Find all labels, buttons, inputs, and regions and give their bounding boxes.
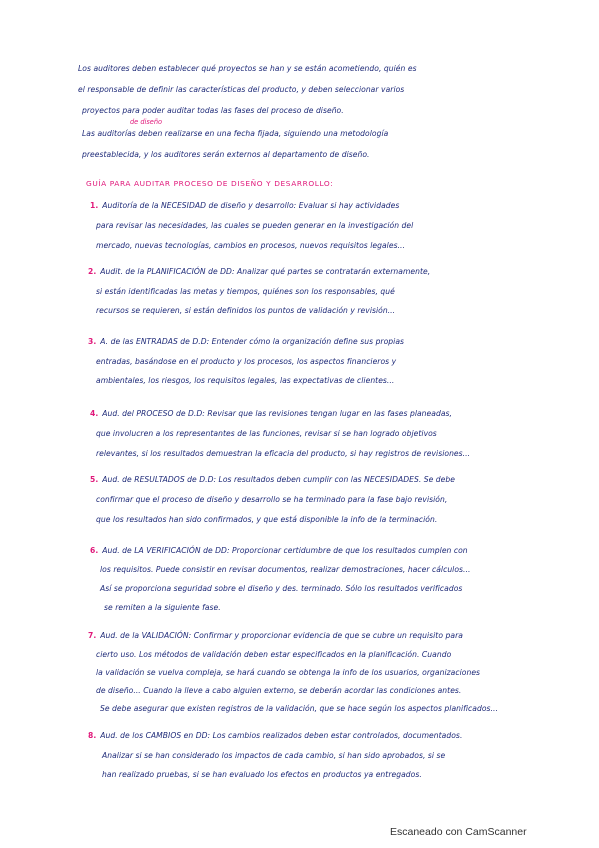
item-1-line-2: para revisar las necesidades, las cuales… [96,221,413,230]
item-4-number: 4. [90,409,98,418]
item-7-line-5: Se debe asegurar que existen registros d… [100,704,498,713]
item-7-line-4: de diseño... Cuando la lleve a cabo algu… [96,686,461,695]
item-7-line-1: 7.Aud. de la VALIDACIÓN: Confirmar y pro… [88,631,463,640]
intro-line-2: el responsable de definir las caracterís… [78,85,404,94]
item-1-line-1: 1.Auditoría de la NECESIDAD de diseño y … [90,201,399,210]
item-5-text-1: Aud. de RESULTADOS de D.D: Los resultado… [102,475,455,484]
item-4-text-1: Aud. del PROCESO de D.D: Revisar que las… [102,409,452,418]
item-2-line-2: si están identificadas las metas y tiemp… [96,287,395,296]
item-7-text-1: Aud. de la VALIDACIÓN: Confirmar y propo… [100,631,463,640]
item-6-line-2: los requisitos. Puede consistir en revis… [100,565,470,574]
intro-line-4: Las auditorías deben realizarse en una f… [82,129,388,138]
item-5-number: 5. [90,475,98,484]
item-2-line-3: recursos se requieren, si están definido… [96,306,395,315]
intro-line-3: proyectos para poder auditar todas las f… [82,106,344,115]
item-6-text-1: Aud. de LA VERIFICACIÓN de DD: Proporcio… [102,546,467,555]
item-3-text-1: A. de las ENTRADAS de D.D: Entender cómo… [100,337,404,346]
item-6-line-4: se remiten a la siguiente fase. [104,603,221,612]
item-4-line-1: 4.Aud. del PROCESO de D.D: Revisar que l… [90,409,452,418]
insertion-annotation: de diseño [130,118,162,126]
item-6-line-1: 6.Aud. de LA VERIFICACIÓN de DD: Proporc… [90,546,468,555]
item-8-line-2: Analizar si se han considerado los impac… [102,751,445,760]
item-5-line-3: que los resultados han sido confirmados,… [96,515,437,524]
item-4-line-2: que involucren a los representantes de l… [96,429,437,438]
item-8-number: 8. [88,731,96,740]
item-2-number: 2. [88,267,96,276]
item-7-number: 7. [88,631,96,640]
item-6-number: 6. [90,546,98,555]
item-3-line-2: entradas, basándose en el producto y los… [96,357,396,366]
item-6-line-3: Así se proporciona seguridad sobre el di… [100,584,462,593]
item-2-line-1: 2.Audit. de la PLANIFICACIÓN de DD: Anal… [88,267,430,276]
item-8-text-1: Aud. de los CAMBIOS en DD: Los cambios r… [100,731,462,740]
item-1-number: 1. [90,201,98,210]
item-2-text-1: Audit. de la PLANIFICACIÓN de DD: Analiz… [100,267,430,276]
item-7-line-3: la validación se vuelva compleja, se har… [96,668,480,677]
item-3-line-3: ambientales, los riesgos, los requisitos… [96,376,394,385]
item-1-text-1: Auditoría de la NECESIDAD de diseño y de… [102,201,399,210]
item-3-number: 3. [88,337,96,346]
guide-heading: GUÍA PARA AUDITAR PROCESO DE DISEÑO Y DE… [86,179,333,188]
item-8-line-1: 8.Aud. de los CAMBIOS en DD: Los cambios… [88,731,462,740]
item-3-line-1: 3.A. de las ENTRADAS de D.D: Entender có… [88,337,404,346]
camscanner-watermark: Escaneado con CamScanner [390,826,527,838]
scanned-page: Los auditores deben establecer qué proye… [0,0,599,848]
intro-line-1: Los auditores deben establecer qué proye… [78,64,417,73]
item-5-line-2: confirmar que el proceso de diseño y des… [96,495,447,504]
item-4-line-3: relevantes, si los resultados demuestran… [96,449,470,458]
item-8-line-3: han realizado pruebas, si se han evaluad… [102,770,422,779]
item-1-line-3: mercado, nuevas tecnologías, cambios en … [96,241,405,250]
item-5-line-1: 5.Aud. de RESULTADOS de D.D: Los resulta… [90,475,455,484]
item-7-line-2: cierto uso. Los métodos de validación de… [96,650,451,659]
intro-line-5: preestablecida, y los auditores serán ex… [82,150,369,159]
